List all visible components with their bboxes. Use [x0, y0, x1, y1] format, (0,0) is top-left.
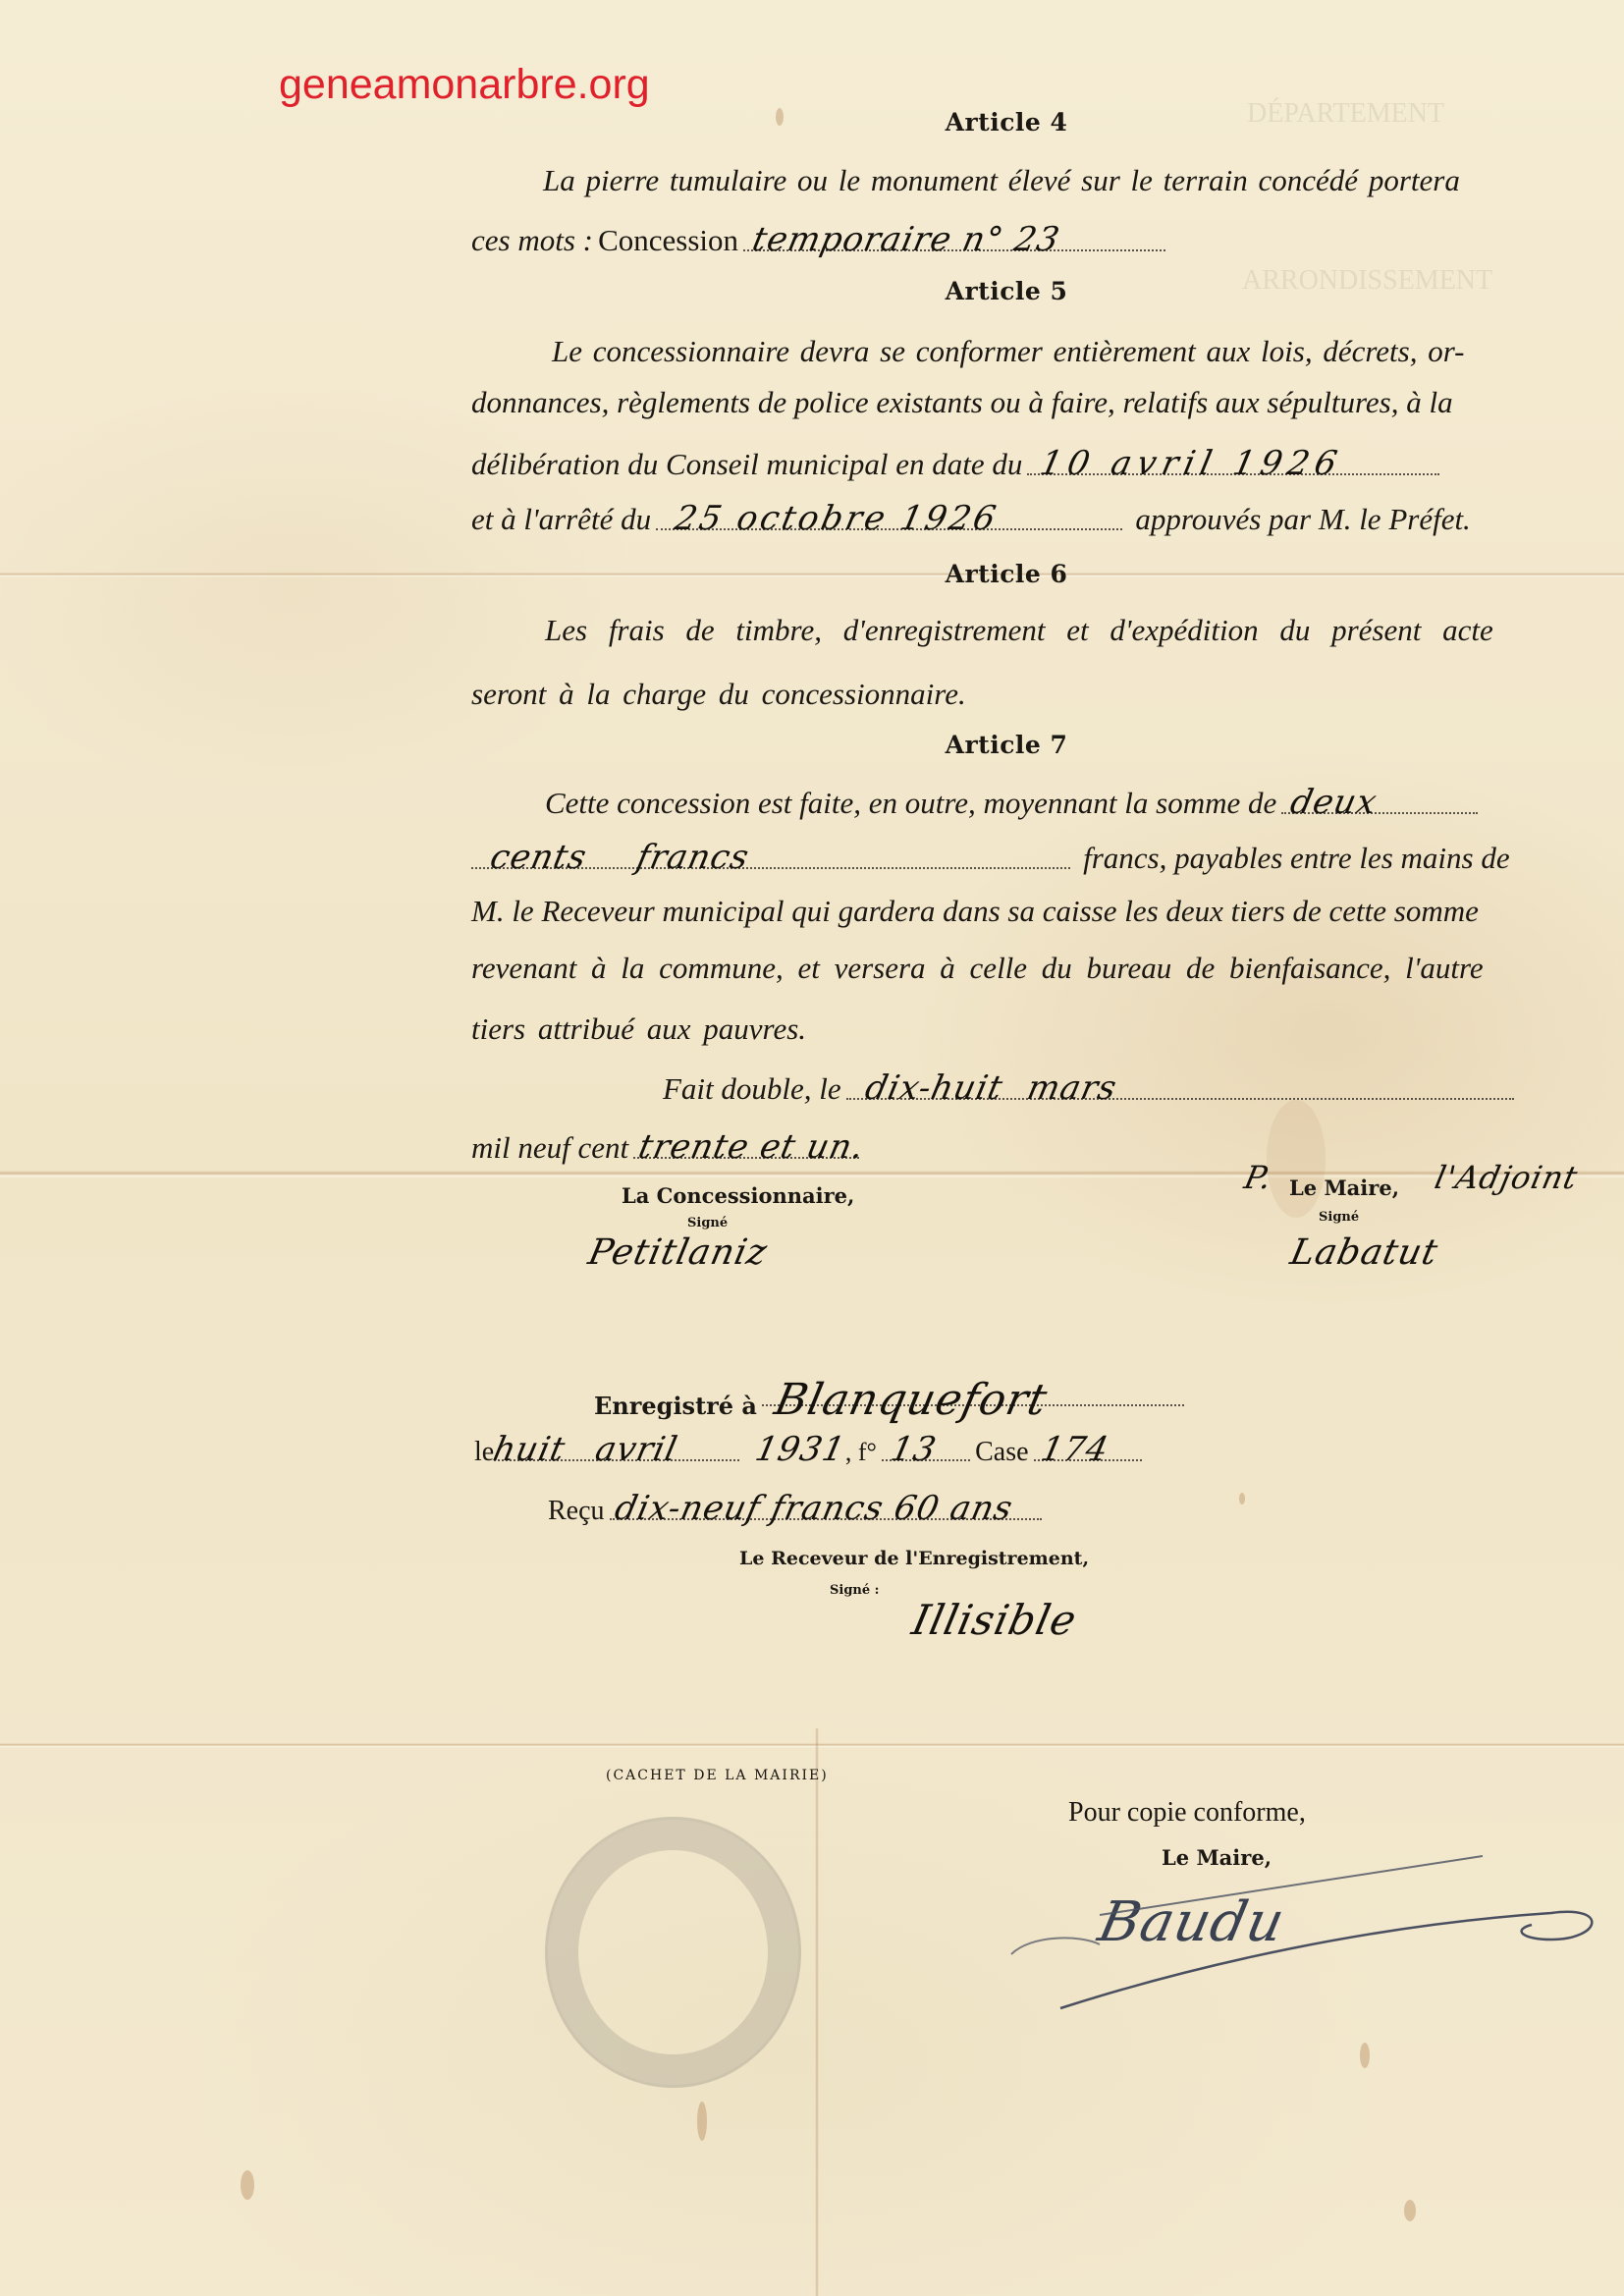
article-7-line-2: cents francs francs, payables entre les … — [471, 838, 1510, 876]
concession-handwritten: temporaire n° 23 — [749, 220, 1063, 259]
article-7-line-3: M. le Receveur municipal qui gardera dan… — [471, 894, 1479, 929]
enregistre-date-line: le huit avril 1931, f° 13 Case 174 — [474, 1430, 1142, 1469]
folio-handwritten: 13 — [888, 1430, 941, 1469]
stain — [697, 2102, 707, 2141]
recu-label: Reçu — [548, 1496, 605, 1526]
case-field: 174 — [1034, 1430, 1142, 1461]
year-value: 1931 — [752, 1430, 849, 1469]
article-6-heading: Article 6 — [0, 560, 1624, 588]
cachet-label: (CACHET DE LA MAIRIE) — [606, 1768, 829, 1783]
copie-conforme: Pour copie conforme, — [1068, 1797, 1306, 1829]
recu-line: Reçu dix-neuf francs 60 ans — [548, 1489, 1042, 1527]
folio-label: , f° — [845, 1438, 877, 1466]
article-4-line-1: La pierre tumulaire ou le monument élevé… — [543, 163, 1460, 198]
year-handwritten: trente et un. — [635, 1127, 868, 1167]
article-5-line-4: et à l'arrêté du 25 octobre 1926 approuv… — [471, 499, 1471, 537]
date-field: huit avril — [494, 1430, 739, 1461]
fait-date-field: dix-huit mars — [846, 1068, 1514, 1100]
maire-label: Le Maire, — [1289, 1175, 1399, 1200]
article-6-line-1: Les frais de timbre, d'enregistrement et… — [545, 613, 1493, 648]
concession-field: temporaire n° 23 — [743, 220, 1165, 251]
deliberation-label: délibération du Conseil municipal en dat… — [471, 447, 1022, 481]
receveur-label: Le Receveur de l'Enregistrement, — [739, 1548, 1089, 1569]
paper-fold — [815, 1728, 819, 2296]
concessionnaire-signature: Petitlaniz — [585, 1232, 772, 1273]
enregistre-place-field: Blanquefort — [762, 1375, 1184, 1406]
article-6-line-2: seront à la charge du concessionnaire. — [471, 677, 966, 712]
stain — [1239, 1493, 1245, 1504]
watermark: geneamonarbre.org — [279, 61, 650, 109]
concession-label: Concession — [598, 223, 738, 257]
fait-double-label: Fait double, le — [663, 1071, 841, 1106]
receveur-signature: Illisible — [908, 1596, 1081, 1644]
stain — [241, 2170, 254, 2200]
somme-field-1: deux — [1281, 783, 1478, 814]
recu-field: dix-neuf francs 60 ans — [610, 1489, 1042, 1520]
somme-handwritten-2: cents francs — [487, 838, 753, 877]
article-5-line-1: Le concessionnaire devra se conformer en… — [552, 334, 1464, 369]
francs-payables: francs, payables entre les mains de — [1083, 841, 1510, 875]
somme-handwritten-1: deux — [1287, 783, 1380, 822]
article-7-line-1: Cette concession est faite, en outre, mo… — [545, 783, 1478, 821]
somme-label: Cette concession est faite, en outre, mo… — [545, 786, 1276, 820]
article-7-line-4: revenant à la commune, et versera à cell… — [471, 951, 1484, 986]
case-handwritten: 174 — [1037, 1430, 1111, 1469]
article-7-line-5: tiers attribué aux pauvres. — [471, 1011, 806, 1047]
stain — [1404, 2200, 1416, 2221]
concessionnaire-label: La Concessionnaire, — [622, 1183, 854, 1208]
article-5-line-2: donnances, règlements de police existant… — [471, 385, 1453, 420]
enregistre-place-handwritten: Blanquefort — [771, 1375, 1053, 1425]
recu-handwritten: dix-neuf francs 60 ans — [611, 1489, 1016, 1528]
date-handwritten: huit avril — [490, 1430, 681, 1469]
arrete-date-handwritten: 25 octobre 1926 — [672, 499, 1002, 538]
article-4-heading: Article 4 — [0, 108, 1624, 137]
maire-signe: Signé — [1319, 1210, 1359, 1225]
fait-date-handwritten: dix-huit mars — [861, 1068, 1120, 1108]
case-label: Case — [975, 1437, 1028, 1467]
article-7-heading: Article 7 — [0, 731, 1624, 759]
somme-field-2: cents francs — [471, 838, 1070, 869]
arrete-date-field: 25 octobre 1926 — [656, 499, 1122, 530]
deliberation-date-field: 10 avril 1926 — [1027, 444, 1439, 475]
enregistre-line: Enregistré à Blanquefort — [594, 1375, 1184, 1420]
fait-double-line: Fait double, le dix-huit mars — [663, 1068, 1514, 1107]
article-5-heading: Article 5 — [0, 277, 1624, 305]
article-4-line-2: ces mots : Concession temporaire n° 23 — [471, 220, 1165, 258]
year-field: trente et un. — [633, 1127, 859, 1159]
folio-field: 13 — [882, 1430, 970, 1461]
deliberation-date-handwritten: 10 avril 1926 — [1037, 444, 1346, 483]
year-label: mil neuf cent — [471, 1130, 628, 1165]
arrete-label: et à l'arrêté du — [471, 502, 651, 536]
enregistre-label: Enregistré à — [594, 1392, 757, 1420]
stain — [1360, 2043, 1370, 2068]
paper-fold — [0, 1743, 1624, 1748]
maire-adjoint-signature: Labatut — [1287, 1232, 1442, 1273]
mairie-seal — [545, 1817, 801, 2088]
receveur-signe: Signé : — [830, 1583, 879, 1598]
concessionnaire-signe: Signé — [687, 1216, 728, 1230]
signature-flourish — [1001, 1846, 1610, 2043]
prefet-approval: approuvés par M. le Préfet. — [1135, 502, 1471, 536]
article-5-line-3: délibération du Conseil municipal en dat… — [471, 444, 1439, 482]
year-line: mil neuf cent trente et un. — [471, 1127, 859, 1166]
adjoint-handwritten: l'Adjoint — [1432, 1159, 1582, 1196]
article-4-prefix: ces mots : — [471, 223, 593, 257]
